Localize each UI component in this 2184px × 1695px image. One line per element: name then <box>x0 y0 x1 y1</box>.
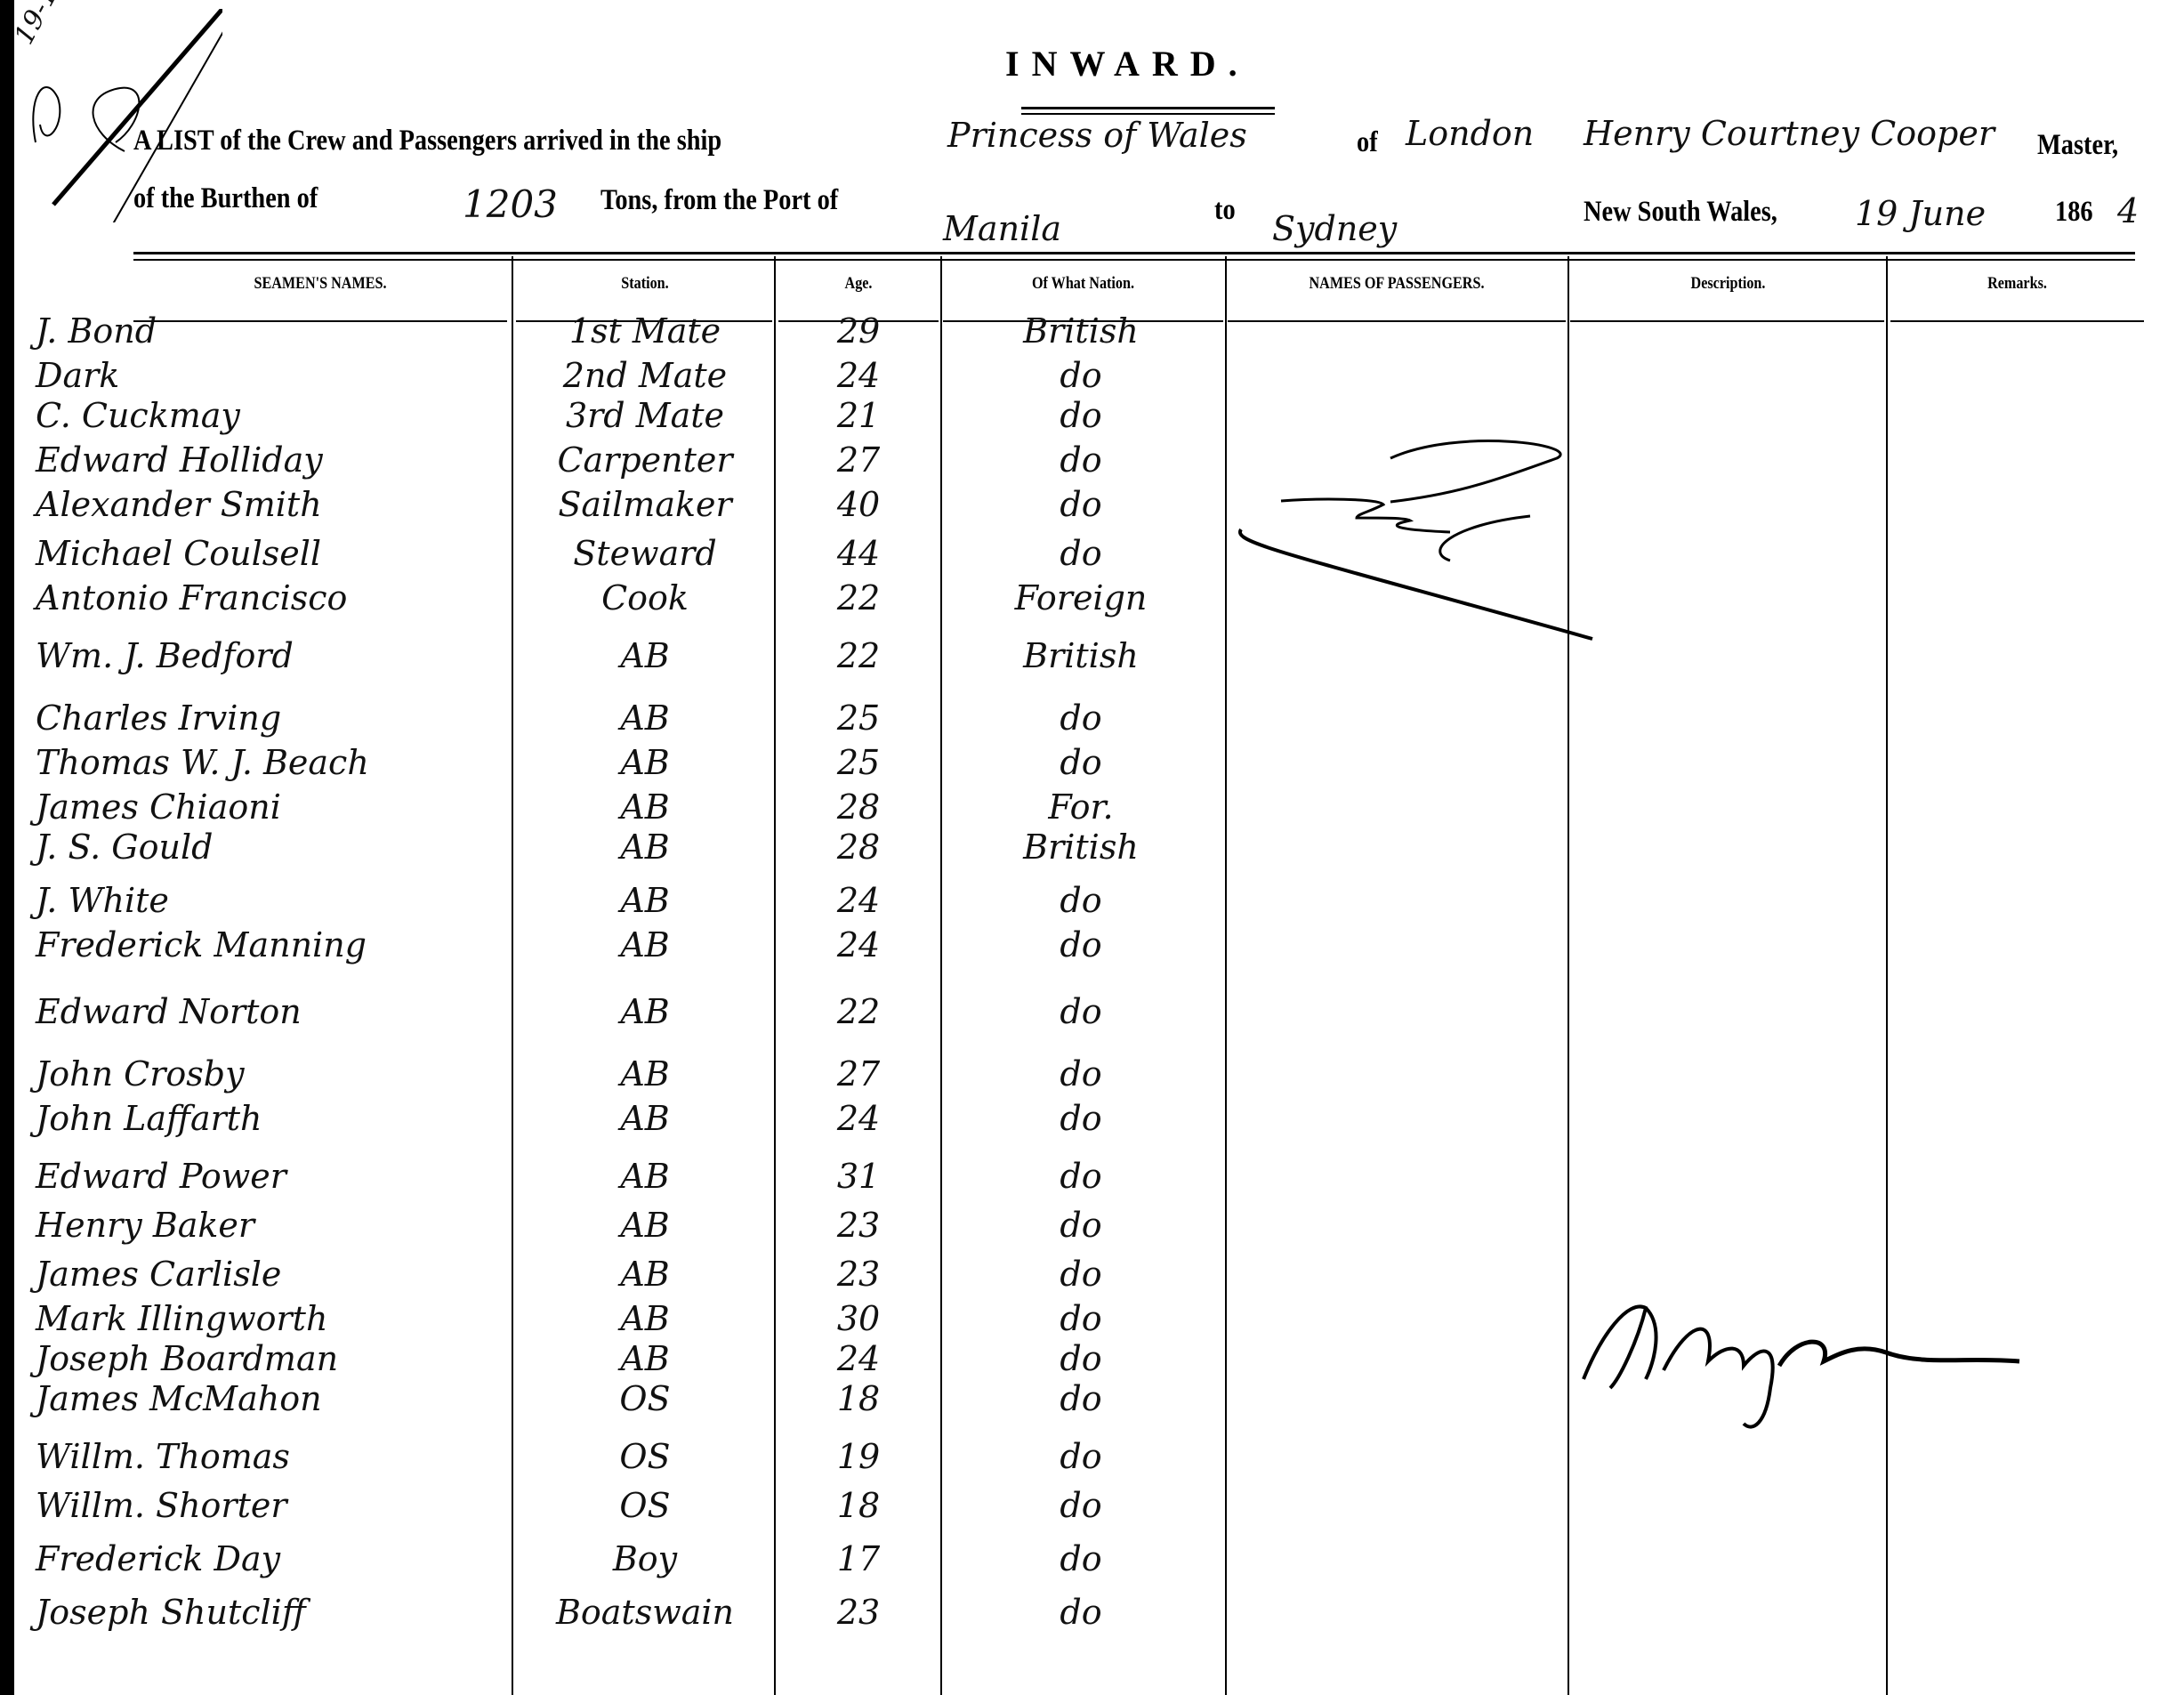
crew-name: Edward Norton <box>36 992 498 1031</box>
table-row: Frederick DayBoy17do <box>0 1539 2184 1584</box>
crew-age: 28 <box>783 827 934 867</box>
crew-name: Frederick Manning <box>36 925 498 965</box>
table-top-rule <box>133 252 2135 261</box>
crew-name: Willm. Thomas <box>36 1437 498 1476</box>
crew-name: Dark <box>36 356 498 395</box>
tons-label: Tons, from the Port of <box>600 184 838 217</box>
column-header-seamen-names: SEAMEN'S NAMES. <box>162 274 480 294</box>
year-label: 186 <box>2055 196 2093 229</box>
crew-name: J. White <box>36 881 498 920</box>
crew-nation: do <box>947 485 1214 524</box>
crew-age: 24 <box>783 925 934 965</box>
crew-station: AB <box>525 1255 765 1294</box>
crew-age: 22 <box>783 578 934 617</box>
crew-nation: do <box>947 1299 1214 1338</box>
crew-nation: do <box>947 1339 1214 1378</box>
crew-name: Mark Illingworth <box>36 1299 498 1338</box>
crew-station: AB <box>525 992 765 1031</box>
crew-station: OS <box>525 1379 765 1418</box>
header-line1-label: A LIST of the Crew and Passengers arrive… <box>133 125 721 157</box>
table-row: Willm. ThomasOS19do <box>0 1437 2184 1481</box>
crew-age: 23 <box>783 1255 934 1294</box>
crew-station: OS <box>525 1437 765 1476</box>
crew-station: 3rd Mate <box>525 396 765 435</box>
crew-station: AB <box>525 636 765 675</box>
crew-age: 24 <box>783 881 934 920</box>
crew-age: 24 <box>783 1099 934 1138</box>
crew-nation: do <box>947 396 1214 435</box>
crew-nation: British <box>947 827 1214 867</box>
crew-age: 22 <box>783 992 934 1031</box>
crew-name: Antonio Francisco <box>36 578 498 617</box>
crew-name: Michael Coulsell <box>36 534 498 573</box>
table-row: Joseph ShutcliffBoatswain23do <box>0 1593 2184 1637</box>
header-line2-label: of the Burthen of <box>133 182 318 215</box>
crew-nation: do <box>947 743 1214 782</box>
crew-station: AB <box>525 827 765 867</box>
crew-name: Edward Holliday <box>36 440 498 480</box>
ship-name-field: Princess of Wales <box>947 116 1247 155</box>
crew-station: Sailmaker <box>525 485 765 524</box>
table-row: Charles IrvingAB25do <box>0 698 2184 743</box>
crew-station: Carpenter <box>525 440 765 480</box>
crew-nation: do <box>947 1437 1214 1476</box>
crew-station: Boatswain <box>525 1593 765 1632</box>
crew-station: AB <box>525 1339 765 1378</box>
crew-nation: British <box>947 311 1214 351</box>
crew-age: 44 <box>783 534 934 573</box>
crew-station: Steward <box>525 534 765 573</box>
crew-nation: For. <box>947 787 1214 827</box>
table-row: Alexander SmithSailmaker40do <box>0 485 2184 529</box>
table-row: John LaffarthAB24do <box>0 1099 2184 1143</box>
crew-name: C. Cuckmay <box>36 396 498 435</box>
crew-station: Boy <box>525 1539 765 1578</box>
crew-age: 18 <box>783 1379 934 1418</box>
crew-name: Willm. Shorter <box>36 1486 498 1525</box>
crew-age: 19 <box>783 1437 934 1476</box>
crew-nation: do <box>947 1099 1214 1138</box>
crew-age: 17 <box>783 1539 934 1578</box>
of-label: of <box>1357 126 1378 159</box>
crew-station: AB <box>525 925 765 965</box>
crew-nation: do <box>947 1255 1214 1294</box>
master-name-field: Henry Courtney Cooper <box>1584 114 1995 153</box>
crew-station: AB <box>525 743 765 782</box>
crew-name: Joseph Boardman <box>36 1339 498 1378</box>
crew-age: 25 <box>783 743 934 782</box>
crew-nation: do <box>947 1379 1214 1418</box>
crew-nation: do <box>947 1593 1214 1632</box>
crew-name: Charles Irving <box>36 698 498 738</box>
table-row: Edward PowerAB31do <box>0 1157 2184 1201</box>
crew-name: Thomas W. J. Beach <box>36 743 498 782</box>
crew-name: Henry Baker <box>36 1206 498 1245</box>
title-underline <box>1021 107 1275 115</box>
column-header-nation: Of What Nation. <box>964 274 1203 294</box>
crew-nation: do <box>947 1157 1214 1196</box>
table-row: Dark2nd Mate24do <box>0 356 2184 400</box>
crew-age: 23 <box>783 1593 934 1632</box>
crew-station: OS <box>525 1486 765 1525</box>
table-row: J. Bond1st Mate29British <box>0 311 2184 356</box>
crew-name: John Laffarth <box>36 1099 498 1138</box>
table-row: James ChiaoniAB28For. <box>0 787 2184 832</box>
crew-nation: do <box>947 356 1214 395</box>
crew-station: AB <box>525 1054 765 1094</box>
crew-age: 23 <box>783 1206 934 1245</box>
crew-nation: British <box>947 636 1214 675</box>
page-title: INWARD. <box>1005 43 1250 85</box>
crew-age: 24 <box>783 1339 934 1378</box>
from-port-field: Manila <box>943 209 1061 248</box>
crew-age: 27 <box>783 440 934 480</box>
crew-nation: do <box>947 925 1214 965</box>
tonnage-field: 1203 <box>463 182 558 226</box>
crew-station: 2nd Mate <box>525 356 765 395</box>
crew-name: J. Bond <box>36 311 498 351</box>
crew-age: 30 <box>783 1299 934 1338</box>
crew-age: 24 <box>783 356 934 395</box>
column-header-remarks: Remarks. <box>1909 274 2124 294</box>
column-header-passengers: NAMES OF PASSENGERS. <box>1253 274 1541 294</box>
crew-nation: do <box>947 534 1214 573</box>
table-row: J. WhiteAB24do <box>0 881 2184 925</box>
crew-nation: do <box>947 1486 1214 1525</box>
crew-nation: do <box>947 1206 1214 1245</box>
date-field: 19 June <box>1855 194 1986 233</box>
crew-name: Joseph Shutcliff <box>36 1593 498 1632</box>
crew-station: 1st Mate <box>525 311 765 351</box>
crew-station: Cook <box>525 578 765 617</box>
table-row: Henry BakerAB23do <box>0 1206 2184 1250</box>
crew-station: AB <box>525 1299 765 1338</box>
crew-name: Edward Power <box>36 1157 498 1196</box>
crew-nation: do <box>947 1539 1214 1578</box>
table-row: Edward HollidayCarpenter27do <box>0 440 2184 485</box>
table-row: C. Cuckmay3rd Mate21do <box>0 396 2184 440</box>
crew-nation: do <box>947 992 1214 1031</box>
crew-name: James McMahon <box>36 1379 498 1418</box>
crew-nation: Foreign <box>947 578 1214 617</box>
crew-station: AB <box>525 787 765 827</box>
crew-name: James Carlisle <box>36 1255 498 1294</box>
column-header-station: Station. <box>536 274 755 294</box>
crew-age: 18 <box>783 1486 934 1525</box>
to-label: to <box>1214 194 1236 227</box>
crew-name: Wm. J. Bedford <box>36 636 498 675</box>
crew-name: Frederick Day <box>36 1539 498 1578</box>
crew-name: John Crosby <box>36 1054 498 1094</box>
crew-name: James Chiaoni <box>36 787 498 827</box>
to-port-field: Sydney <box>1272 209 1397 248</box>
table-row: Frederick ManningAB24do <box>0 925 2184 970</box>
crew-nation: do <box>947 1054 1214 1094</box>
crew-nation: do <box>947 881 1214 920</box>
table-row: Antonio FranciscoCook22Foreign <box>0 578 2184 623</box>
crew-nation: do <box>947 698 1214 738</box>
table-row: Wm. J. BedfordAB22British <box>0 636 2184 681</box>
crew-age: 22 <box>783 636 934 675</box>
table-row: J. S. GouldAB28British <box>0 827 2184 872</box>
crew-station: AB <box>525 881 765 920</box>
column-header-age: Age. <box>791 274 927 294</box>
crew-age: 28 <box>783 787 934 827</box>
table-row: Willm. ShorterOS18do <box>0 1486 2184 1530</box>
home-port-field: London <box>1406 114 1534 153</box>
colony-label: New South Wales, <box>1584 196 1777 229</box>
year-suffix-field: 4 <box>2117 191 2139 230</box>
crew-nation: do <box>947 440 1214 480</box>
passengers-nil-mark <box>1228 409 1628 658</box>
crew-station: AB <box>525 1099 765 1138</box>
table-row: Edward NortonAB22do <box>0 992 2184 1037</box>
table-row: John CrosbyAB27do <box>0 1054 2184 1099</box>
crew-station: AB <box>525 1206 765 1245</box>
crew-age: 25 <box>783 698 934 738</box>
crew-age: 27 <box>783 1054 934 1094</box>
table-row: Michael CoulsellSteward44do <box>0 534 2184 578</box>
crew-name: Alexander Smith <box>36 485 498 524</box>
master-label: Master, <box>2037 129 2118 162</box>
crew-age: 31 <box>783 1157 934 1196</box>
column-header-description: Description. <box>1594 274 1863 294</box>
crew-age: 40 <box>783 485 934 524</box>
crew-age: 29 <box>783 311 934 351</box>
crew-name: J. S. Gould <box>36 827 498 867</box>
crew-age: 21 <box>783 396 934 435</box>
crew-station: AB <box>525 698 765 738</box>
crew-station: AB <box>525 1157 765 1196</box>
table-row: Thomas W. J. BeachAB25do <box>0 743 2184 787</box>
